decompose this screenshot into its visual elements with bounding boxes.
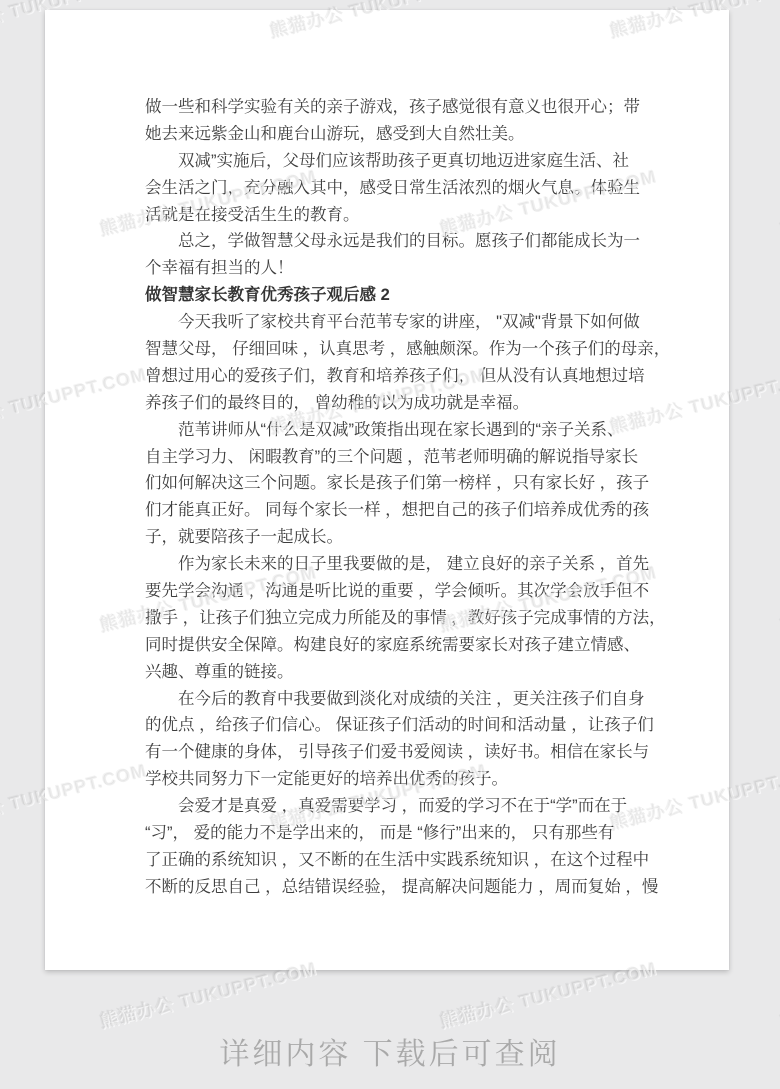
- document-text: 做一些和科学实验有关的亲子游戏，孩子感觉很有意义也很开心；带 她去来远紫金山和鹿…: [145, 94, 627, 901]
- text-line: 会生活之门，充分融入其中，感受日常生活浓烈的烟火气息。体验生: [145, 175, 627, 202]
- document-sheet: 做一些和科学实验有关的亲子游戏，孩子感觉很有意义也很开心；带 她去来远紫金山和鹿…: [45, 10, 729, 970]
- text-line: 养孩子们的最终目的， 曾幼稚的以为成功就是幸福。: [145, 390, 627, 417]
- text-line: 智慧父母， 仔细回味 ，认真思考 ，感触颇深。作为一个孩子们的母亲，: [145, 336, 627, 363]
- text-line: 她去来远紫金山和鹿台山游玩，感受到大自然壮美。: [145, 121, 627, 148]
- text-line: 自主学习力、 闲暇教育”的三个问题 ，范苇老师明确的解说指导家长: [145, 444, 627, 471]
- text-line: 有一个健康的身体， 引导孩子们爱书爱阅读 ，读好书。相信在家长与: [145, 739, 627, 766]
- section-heading: 做智慧家长教育优秀孩子观后感 2: [145, 282, 627, 309]
- text-line: 在今后的教育中我要做到淡化对成绩的关注 ，更关注孩子们自身: [145, 686, 627, 713]
- text-line: 曾想过用心的爱孩子们，教育和培养孩子们， 但从没有认真地想过培: [145, 363, 627, 390]
- text-line: 会爱才是真爱 ，真爱需要学习 ，而爱的学习不在于“学”而在于: [145, 793, 627, 820]
- text-line: 学校共同努力下一定能更好的培养出优秀的孩子。: [145, 766, 627, 793]
- text-line: 兴趣、尊重的链接。: [145, 659, 627, 686]
- text-line: 做一些和科学实验有关的亲子游戏，孩子感觉很有意义也很开心；带: [145, 94, 627, 121]
- text-line: 不断的反思自己 ，总结错误经验， 提高解决问题能力 ，周而复始 ，慢: [145, 874, 627, 901]
- text-line: 作为家长未来的日子里我要做的是， 建立良好的亲子关系 ，首先: [145, 551, 627, 578]
- text-line: 要先学会沟通 ，沟通是听比说的重要 ，学会倾听。其次学会放手但不: [145, 578, 627, 605]
- footer-notice: 详细内容 下载后可查阅: [219, 1029, 560, 1073]
- text-line: 们才能真正好。 同每个家长一样 ，想把自己的孩子们培养成优秀的孩: [145, 497, 627, 524]
- footer-bar: 详细内容 下载后可查阅: [0, 1012, 780, 1089]
- text-line: 们如何解决这三个问题。家长是孩子们第一榜样 ，只有家长好 ，孩子: [145, 470, 627, 497]
- text-line: 总之，学做智慧父母永远是我们的目标。愿孩子们都能成长为一: [145, 228, 627, 255]
- page-preview: 做一些和科学实验有关的亲子游戏，孩子感觉很有意义也很开心；带 她去来远紫金山和鹿…: [0, 0, 780, 1089]
- text-line: 了正确的系统知识 ，又不断的在生活中实践系统知识 ，在这个过程中: [145, 847, 627, 874]
- text-line: 活就是在接受活生生的教育。: [145, 202, 627, 229]
- text-line: 的优点 ，给孩子们信心。 保证孩子们活动的时间和活动量 ，让孩子们: [145, 712, 627, 739]
- text-line: 子，就要陪孩子一起成长。: [145, 524, 627, 551]
- text-line: 范苇讲师从“什么是双减”政策指出现在家长遇到的“亲子关系、: [145, 417, 627, 444]
- text-line: 双减”实施后，父母们应该帮助孩子更真切地迈进家庭生活、社: [145, 148, 627, 175]
- text-line: 同时提供安全保障。构建良好的家庭系统需要家长对孩子建立情感、: [145, 632, 627, 659]
- text-line: 撒手 ，让孩子们独立完成力所能及的事情 ，教好孩子完成事情的方法，: [145, 605, 627, 632]
- text-line: “习”， 爱的能力不是学出来的， 而是 “修行”出来的， 只有那些有: [145, 820, 627, 847]
- text-line: 个幸福有担当的人！: [145, 255, 627, 282]
- text-line: 今天我听了家校共育平台范苇专家的讲座， "双减"背景下如何做: [145, 309, 627, 336]
